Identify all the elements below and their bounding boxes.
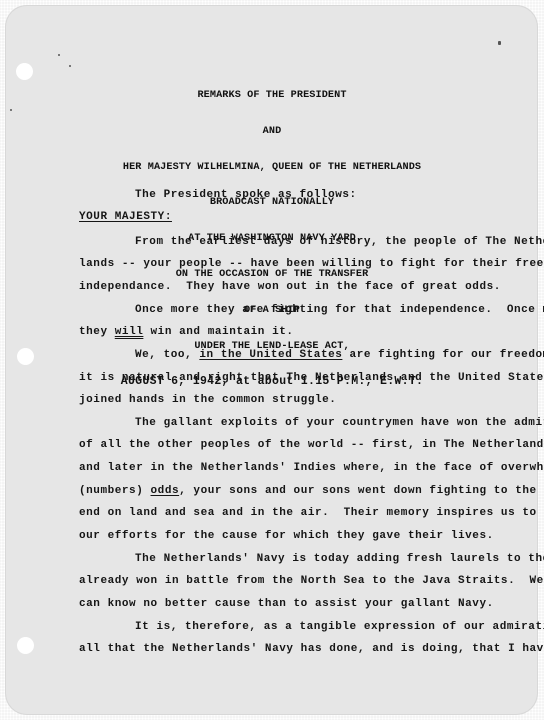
punch-hole-bottom	[17, 637, 34, 654]
body-line: of all the other peoples of the world --…	[79, 438, 544, 452]
body-line: independance. They have won out in the f…	[79, 280, 501, 294]
text-run: are fighting for our freedom and	[342, 349, 544, 361]
body-line: It is, therefore, as a tangible expressi…	[135, 620, 544, 634]
body-line: From the earliest days of history, the p…	[135, 235, 544, 249]
text-run: , your sons and our sons went down fight…	[179, 485, 544, 497]
body-line: Once more they are fighting for that ind…	[135, 303, 544, 317]
intro-line: The President spoke as follows:	[135, 188, 357, 202]
body-line: end on land and sea and in the air. Thei…	[79, 506, 544, 520]
double-underlined-word: will	[115, 326, 144, 338]
heading-line: HER MAJESTY WILHELMINA, QUEEN OF THE NET…	[0, 162, 544, 174]
body-line: We, too, in the United States are fighti…	[135, 348, 544, 362]
heading-line: REMARKS OF THE PRESIDENT	[0, 90, 544, 102]
body-line: (numbers) odds, your sons and our sons w…	[79, 484, 544, 498]
text-run: We, too,	[135, 349, 199, 361]
body-line: The gallant exploits of your countrymen …	[135, 416, 544, 430]
body-line: and later in the Netherlands' Indies whe…	[79, 461, 544, 475]
body-line: The Netherlands' Navy is today adding fr…	[135, 552, 544, 566]
body-line: they will win and maintain it.	[79, 325, 294, 339]
salutation: YOUR MAJESTY:	[79, 210, 172, 224]
text-run: win and maintain it.	[143, 326, 293, 338]
body-line: it is natural and right that The Netherl…	[79, 371, 544, 385]
underlined-phrase: in the United States	[199, 349, 342, 361]
ink-speck	[498, 41, 501, 45]
body-line: lands -- your people -- have been willin…	[79, 257, 544, 271]
underlined-word: odds	[151, 485, 180, 497]
body-line: all that the Netherlands' Navy has done,…	[79, 642, 544, 656]
body-line: joined hands in the common struggle.	[79, 393, 336, 407]
text-run: they	[79, 326, 115, 338]
body-line: our efforts for the cause for which they…	[79, 529, 494, 543]
body-line: can know no better cause than to assist …	[79, 597, 494, 611]
body-line: already won in battle from the North Sea…	[79, 574, 544, 588]
text-run: (numbers)	[79, 485, 151, 497]
heading-line: AND	[0, 126, 544, 138]
ink-speck	[58, 54, 60, 56]
